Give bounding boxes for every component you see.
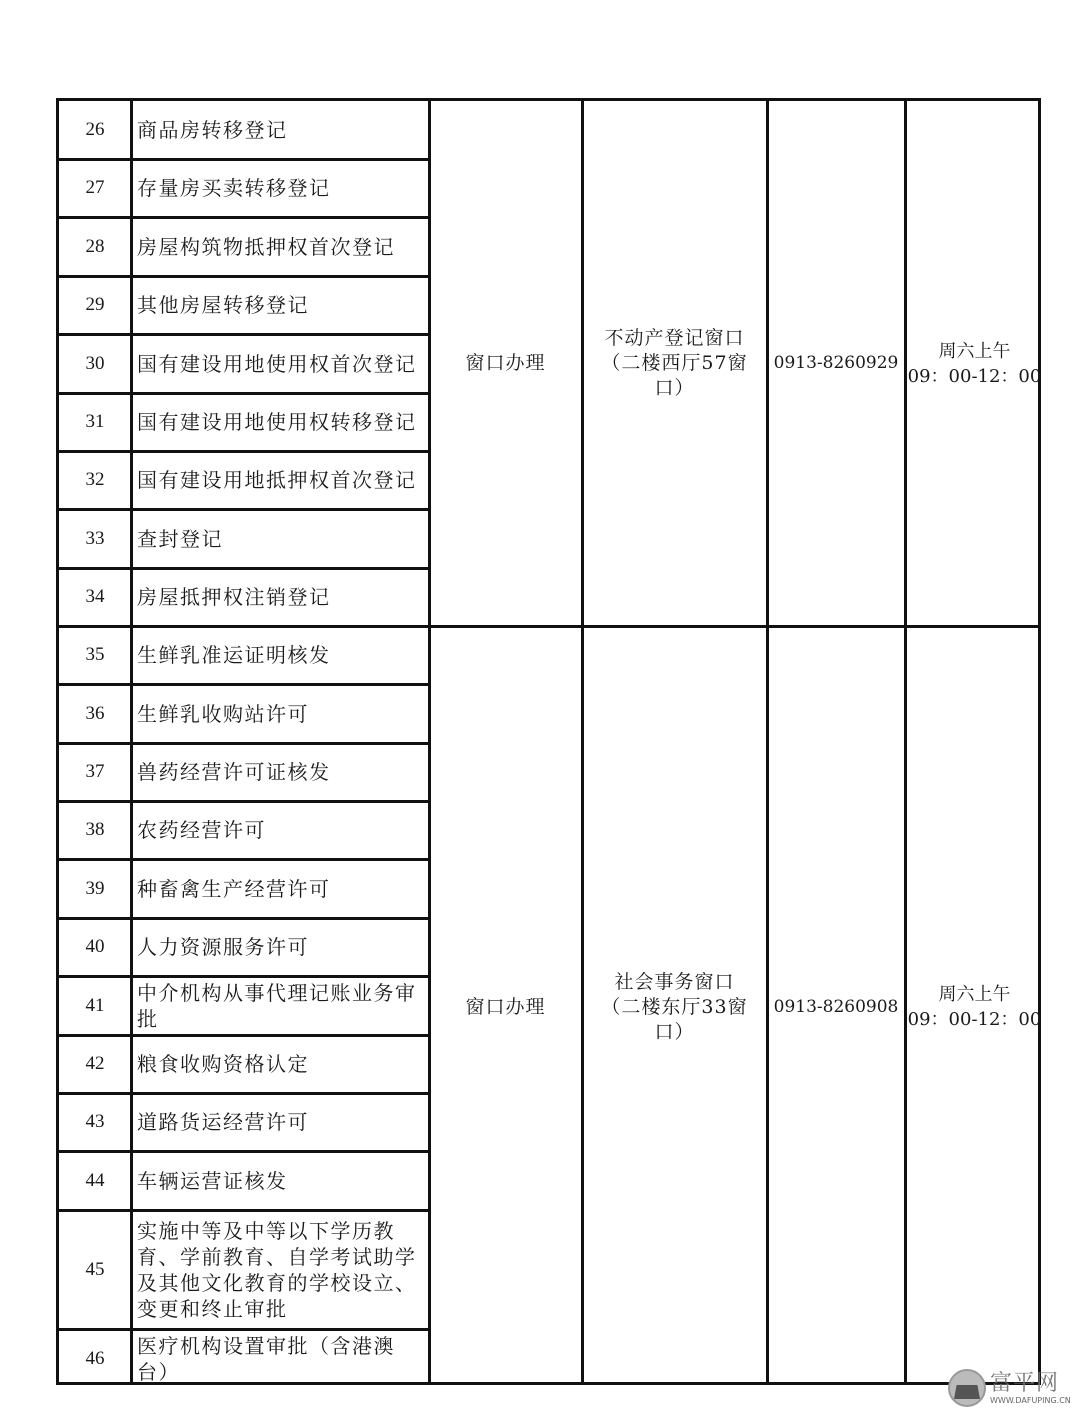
service-window-line: （二楼东厅33窗 <box>601 995 747 1020</box>
item-number: 31 <box>59 393 131 451</box>
item-name: 道路货运经营许可 <box>133 1093 429 1151</box>
item-name: 房屋构筑物抵押权首次登记 <box>133 217 429 276</box>
service-window-line: 口） <box>654 1020 694 1045</box>
handling-method: 窗口办理 <box>429 101 582 626</box>
item-number: 43 <box>59 1093 131 1151</box>
item-name: 存量房买卖转移登记 <box>133 159 429 217</box>
item-name: 国有建设用地使用权首次登记 <box>133 334 429 393</box>
item-number: 36 <box>59 684 131 743</box>
item-name: 农药经营许可 <box>133 801 429 859</box>
item-name: 商品房转移登记 <box>133 101 429 159</box>
item-name: 国有建设用地抵押权首次登记 <box>133 451 429 509</box>
item-name: 实施中等及中等以下学历教育、学前教育、自学考试助学及其他文化教育的学校设立、变更… <box>133 1210 429 1329</box>
item-name: 查封登记 <box>133 509 429 568</box>
item-number: 33 <box>59 509 131 568</box>
item-number: 46 <box>59 1329 131 1388</box>
service-hours-line: 周六上午 <box>939 982 1011 1007</box>
service-hours-line: 09：00-12：00 <box>908 1007 1042 1032</box>
watermark-url: WWW.DAFUPING.CN <box>990 1396 1071 1405</box>
handling-method: 窗口办理 <box>429 626 582 1388</box>
document-page: 26商品房转移登记27存量房买卖转移登记28房屋构筑物抵押权首次登记29其他房屋… <box>0 0 1080 1412</box>
item-name: 人力资源服务许可 <box>133 918 429 976</box>
service-window: 不动产登记窗口（二楼西厅57窗口） <box>582 101 767 626</box>
item-name: 国有建设用地使用权转移登记 <box>133 393 429 451</box>
service-window-line: （二楼西厅57窗 <box>601 351 747 376</box>
service-hours: 周六上午09：00-12：00 <box>905 101 1044 626</box>
watermark: 富平网 WWW.DAFUPING.CN <box>948 1366 1078 1410</box>
item-number: 29 <box>59 276 131 334</box>
item-number: 35 <box>59 626 131 684</box>
service-window-line: 不动产登记窗口 <box>604 326 744 351</box>
item-name: 种畜禽生产经营许可 <box>133 859 429 918</box>
item-number: 30 <box>59 334 131 393</box>
item-number: 44 <box>59 1151 131 1210</box>
item-number: 26 <box>59 101 131 159</box>
item-number: 42 <box>59 1035 131 1093</box>
item-number: 27 <box>59 159 131 217</box>
item-name: 医疗机构设置审批（含港澳台） <box>133 1329 429 1388</box>
item-number: 32 <box>59 451 131 509</box>
item-number: 45 <box>59 1210 131 1329</box>
item-name: 兽药经营许可证核发 <box>133 743 429 801</box>
service-window-line: 口） <box>654 376 694 401</box>
item-number: 40 <box>59 918 131 976</box>
service-table: 26商品房转移登记27存量房买卖转移登记28房屋构筑物抵押权首次登记29其他房屋… <box>56 98 1041 1385</box>
item-number: 39 <box>59 859 131 918</box>
item-number: 28 <box>59 217 131 276</box>
item-name: 车辆运营证核发 <box>133 1151 429 1210</box>
item-number: 41 <box>59 976 131 1035</box>
service-hours: 周六上午09：00-12：00 <box>905 626 1044 1388</box>
item-number: 37 <box>59 743 131 801</box>
service-window: 社会事务窗口（二楼东厅33窗口） <box>582 626 767 1388</box>
service-hours-line: 周六上午 <box>939 339 1011 364</box>
service-window-line: 社会事务窗口 <box>614 970 734 995</box>
item-name: 中介机构从事代理记账业务审批 <box>133 976 429 1035</box>
item-name: 生鲜乳准运证明核发 <box>133 626 429 684</box>
item-name: 粮食收购资格认定 <box>133 1035 429 1093</box>
item-number: 34 <box>59 568 131 626</box>
contact-phone: 0913-8260929 <box>767 101 905 626</box>
contact-phone: 0913-8260908 <box>767 626 905 1388</box>
palace-logo-icon <box>948 1369 986 1407</box>
item-name: 生鲜乳收购站许可 <box>133 684 429 743</box>
watermark-name: 富平网 <box>990 1372 1071 1396</box>
service-hours-line: 09：00-12：00 <box>908 364 1042 389</box>
item-name: 其他房屋转移登记 <box>133 276 429 334</box>
item-number: 38 <box>59 801 131 859</box>
item-name: 房屋抵押权注销登记 <box>133 568 429 626</box>
